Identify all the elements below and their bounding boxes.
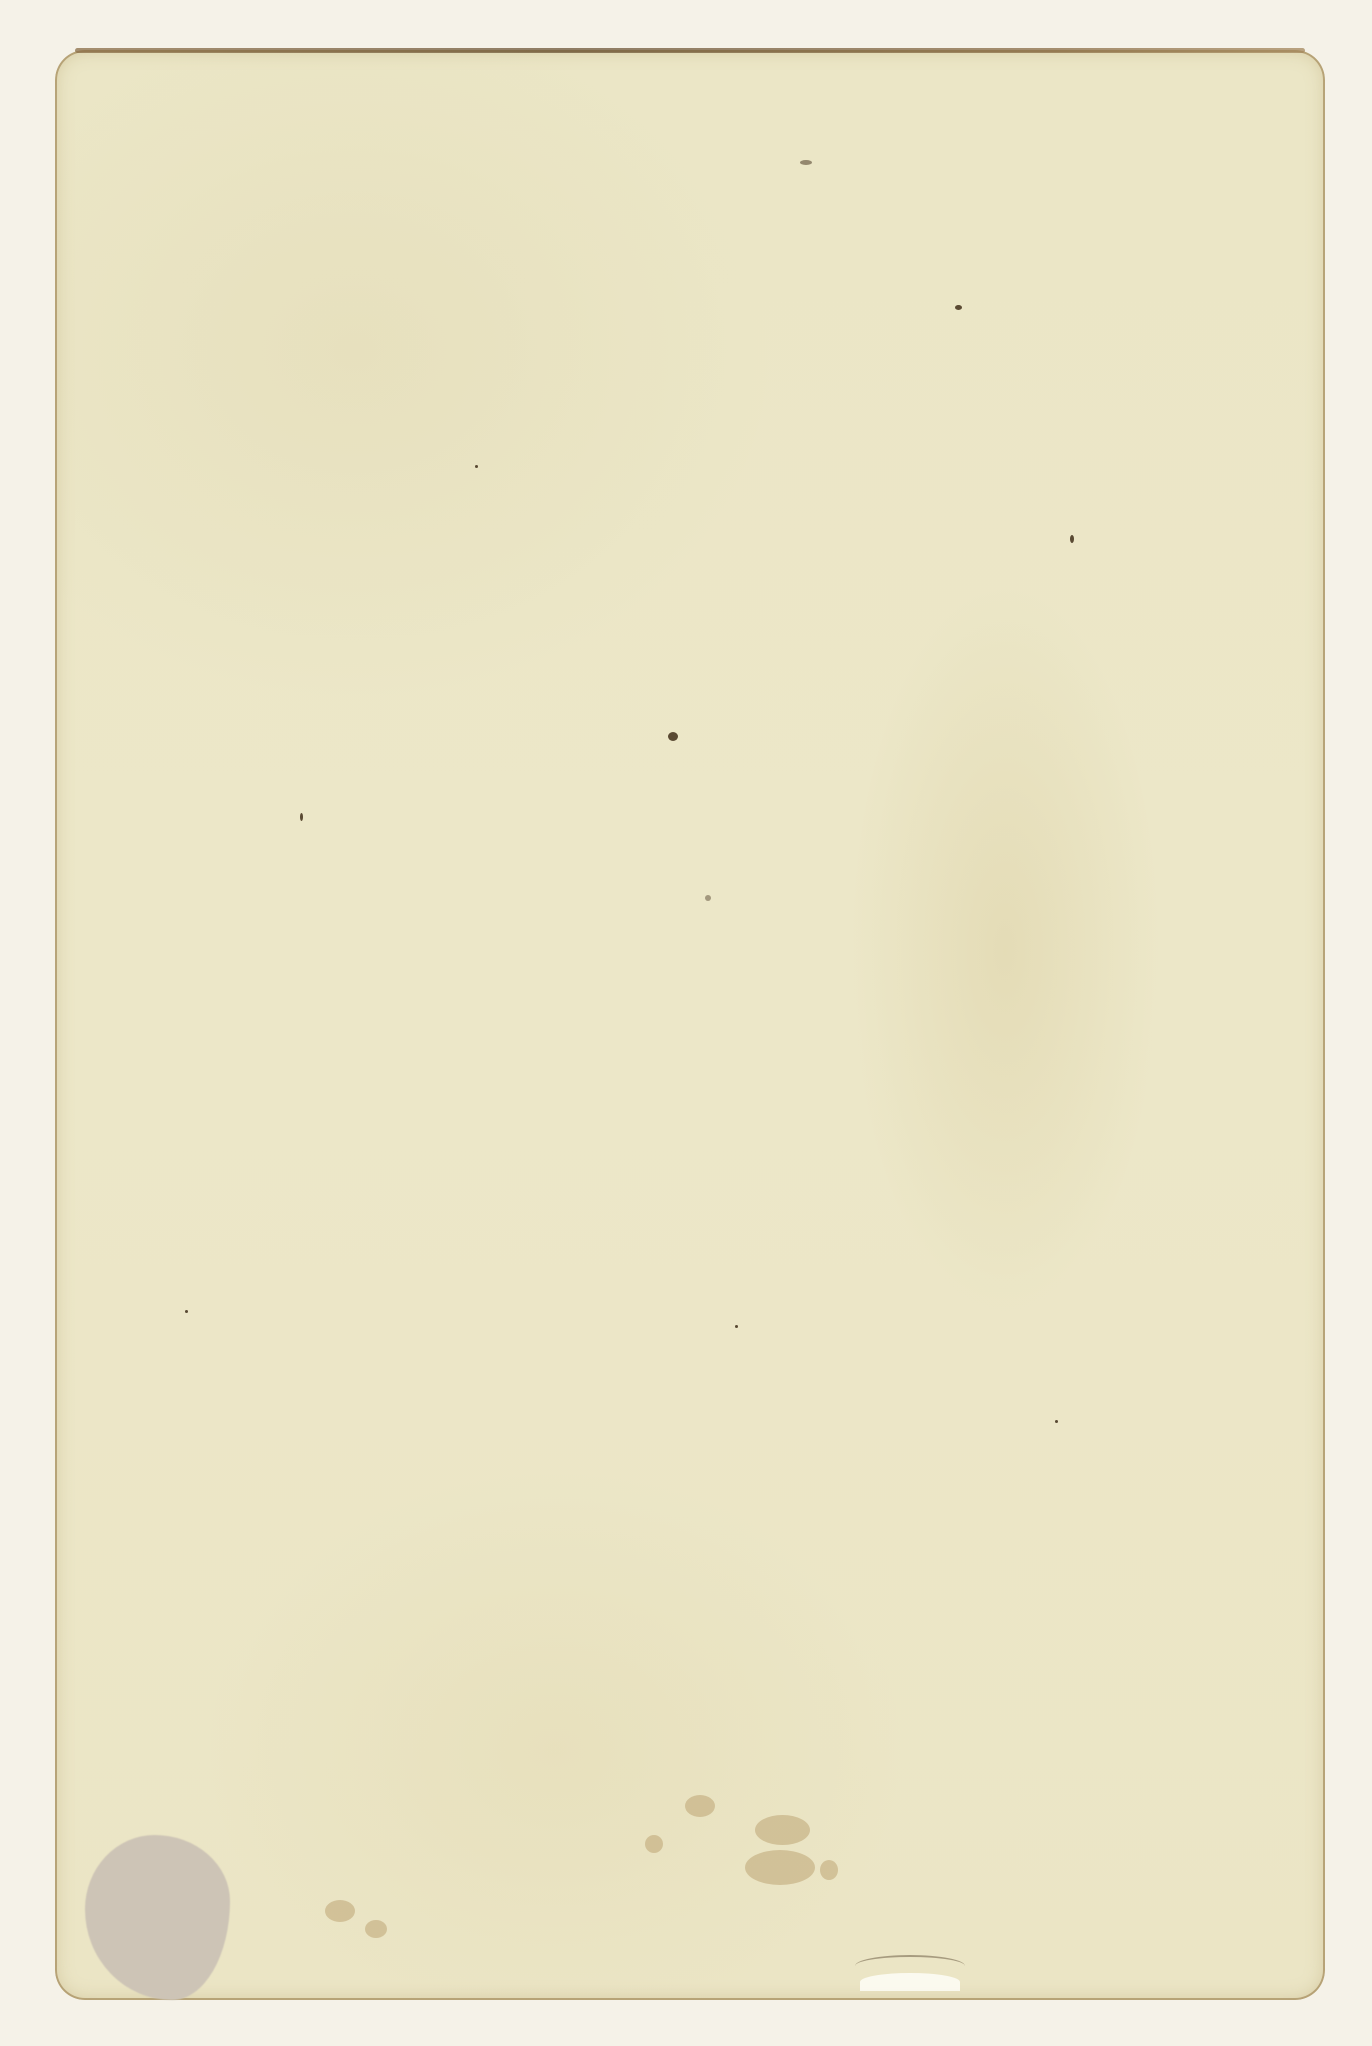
- speck: [735, 1325, 738, 1328]
- speck: [800, 160, 812, 165]
- speck: [475, 465, 478, 468]
- foxing-stain: [755, 1815, 810, 1845]
- foxing-stain: [645, 1835, 663, 1853]
- speck: [1055, 1420, 1058, 1423]
- abrasion-spot: [85, 1835, 230, 2000]
- speck: [300, 813, 303, 821]
- speck: [955, 305, 962, 310]
- foxing-stain: [365, 1920, 387, 1938]
- speck: [185, 1310, 188, 1313]
- cabinet-card-back: [55, 50, 1325, 2000]
- crease-highlight: [860, 1973, 960, 1991]
- speck: [1070, 535, 1074, 543]
- speck: [668, 732, 678, 741]
- foxing-stain: [745, 1850, 815, 1885]
- speck: [705, 895, 711, 901]
- foxing-stain: [325, 1900, 355, 1922]
- foxing-stain: [685, 1795, 715, 1817]
- foxing-stain: [820, 1860, 838, 1880]
